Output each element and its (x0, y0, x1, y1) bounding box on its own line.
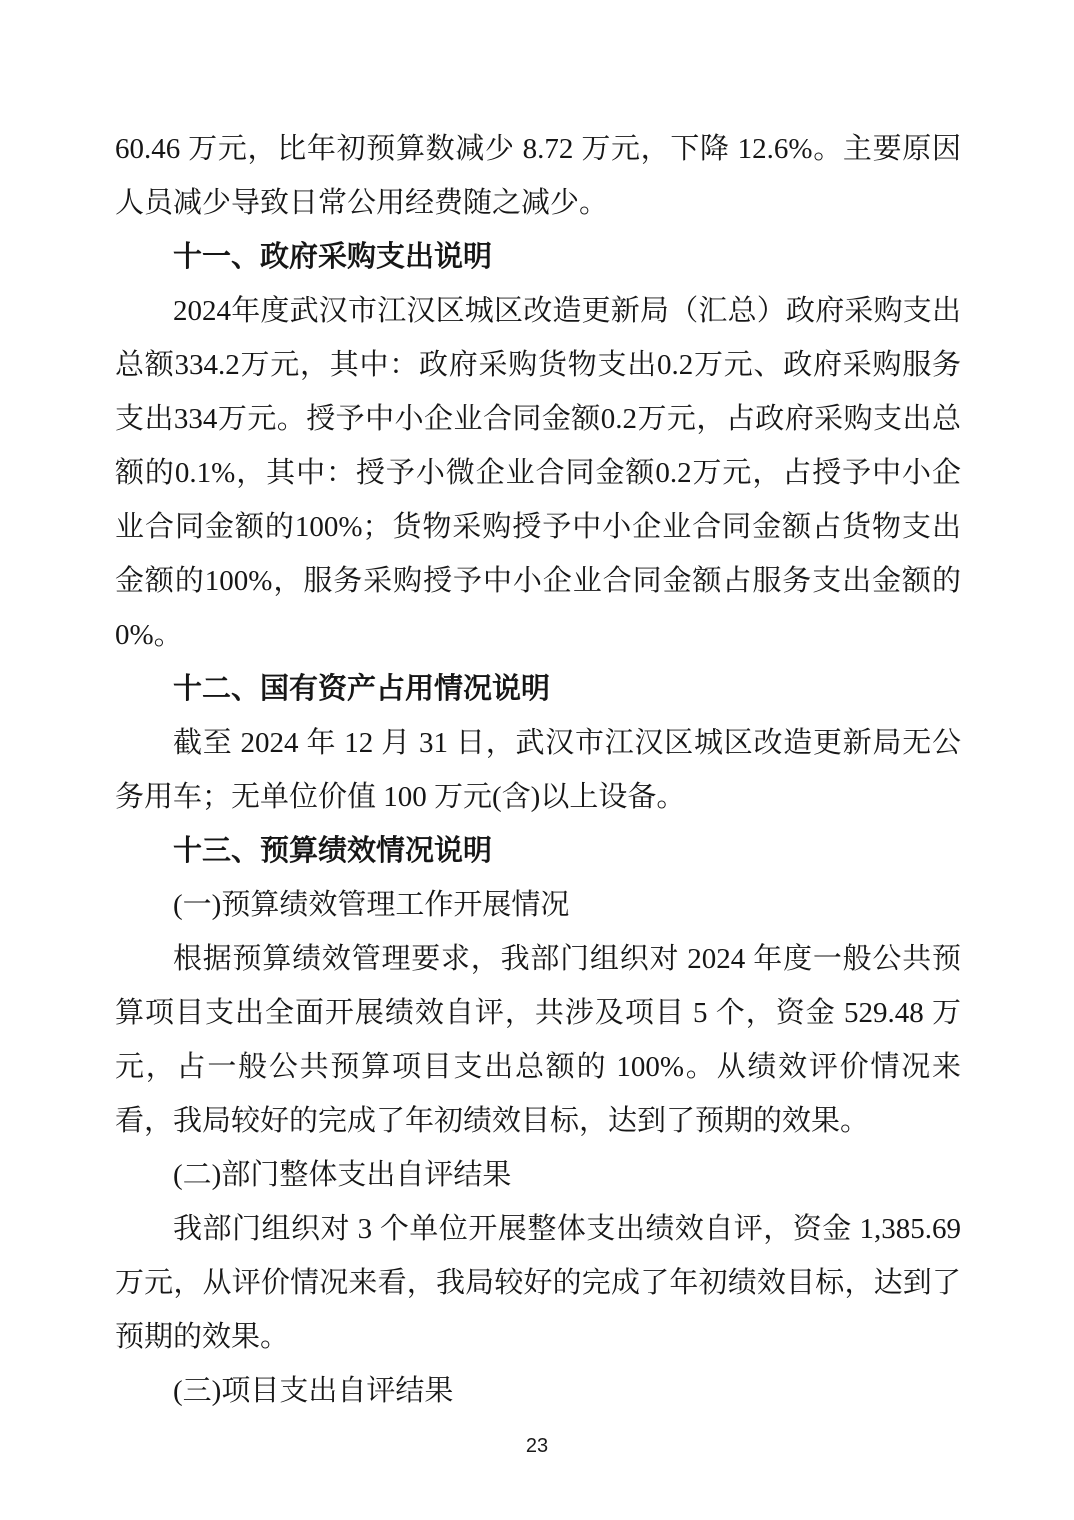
section-heading-12-state-assets: 十二、国有资产占用情况说明 (115, 662, 961, 716)
paragraph-government-procurement-detail: 2024年度武汉市江汉区城区改造更新局（汇总）政府采购支出总额334.2万元，其… (115, 284, 961, 662)
section-heading-13-budget-performance: 十三、预算绩效情况说明 (115, 824, 961, 878)
page-footer: 23 (0, 1435, 1074, 1458)
paragraph-performance-self-evaluation: 根据预算绩效管理要求，我部门组织对 2024 年度一般公共预算项目支出全面开展绩… (115, 932, 961, 1148)
document-page: 60.46 万元，比年初预算数减少 8.72 万元，下降 12.6%。主要原因人… (0, 0, 1074, 1520)
paragraph-department-overall-detail: 我部门组织对 3 个单位开展整体支出绩效自评，资金 1,385.69 万元，从评… (115, 1202, 961, 1364)
paragraph-state-assets-detail: 截至 2024 年 12 月 31 日，武汉市江汉区城区改造更新局无公务用车；无… (115, 716, 961, 824)
paragraph-budget-decrease-continuation: 60.46 万元，比年初预算数减少 8.72 万元，下降 12.6%。主要原因人… (115, 122, 961, 230)
page-number: 23 (526, 1435, 548, 1457)
document-content: 60.46 万元，比年初预算数减少 8.72 万元，下降 12.6%。主要原因人… (115, 122, 961, 1418)
subheading-2-department-overall-result: (二)部门整体支出自评结果 (115, 1148, 961, 1202)
subheading-1-performance-management: (一)预算绩效管理工作开展情况 (115, 878, 961, 932)
subheading-3-project-expenditure-result: (三)项目支出自评结果 (115, 1364, 961, 1418)
section-heading-11-government-procurement: 十一、政府采购支出说明 (115, 230, 961, 284)
